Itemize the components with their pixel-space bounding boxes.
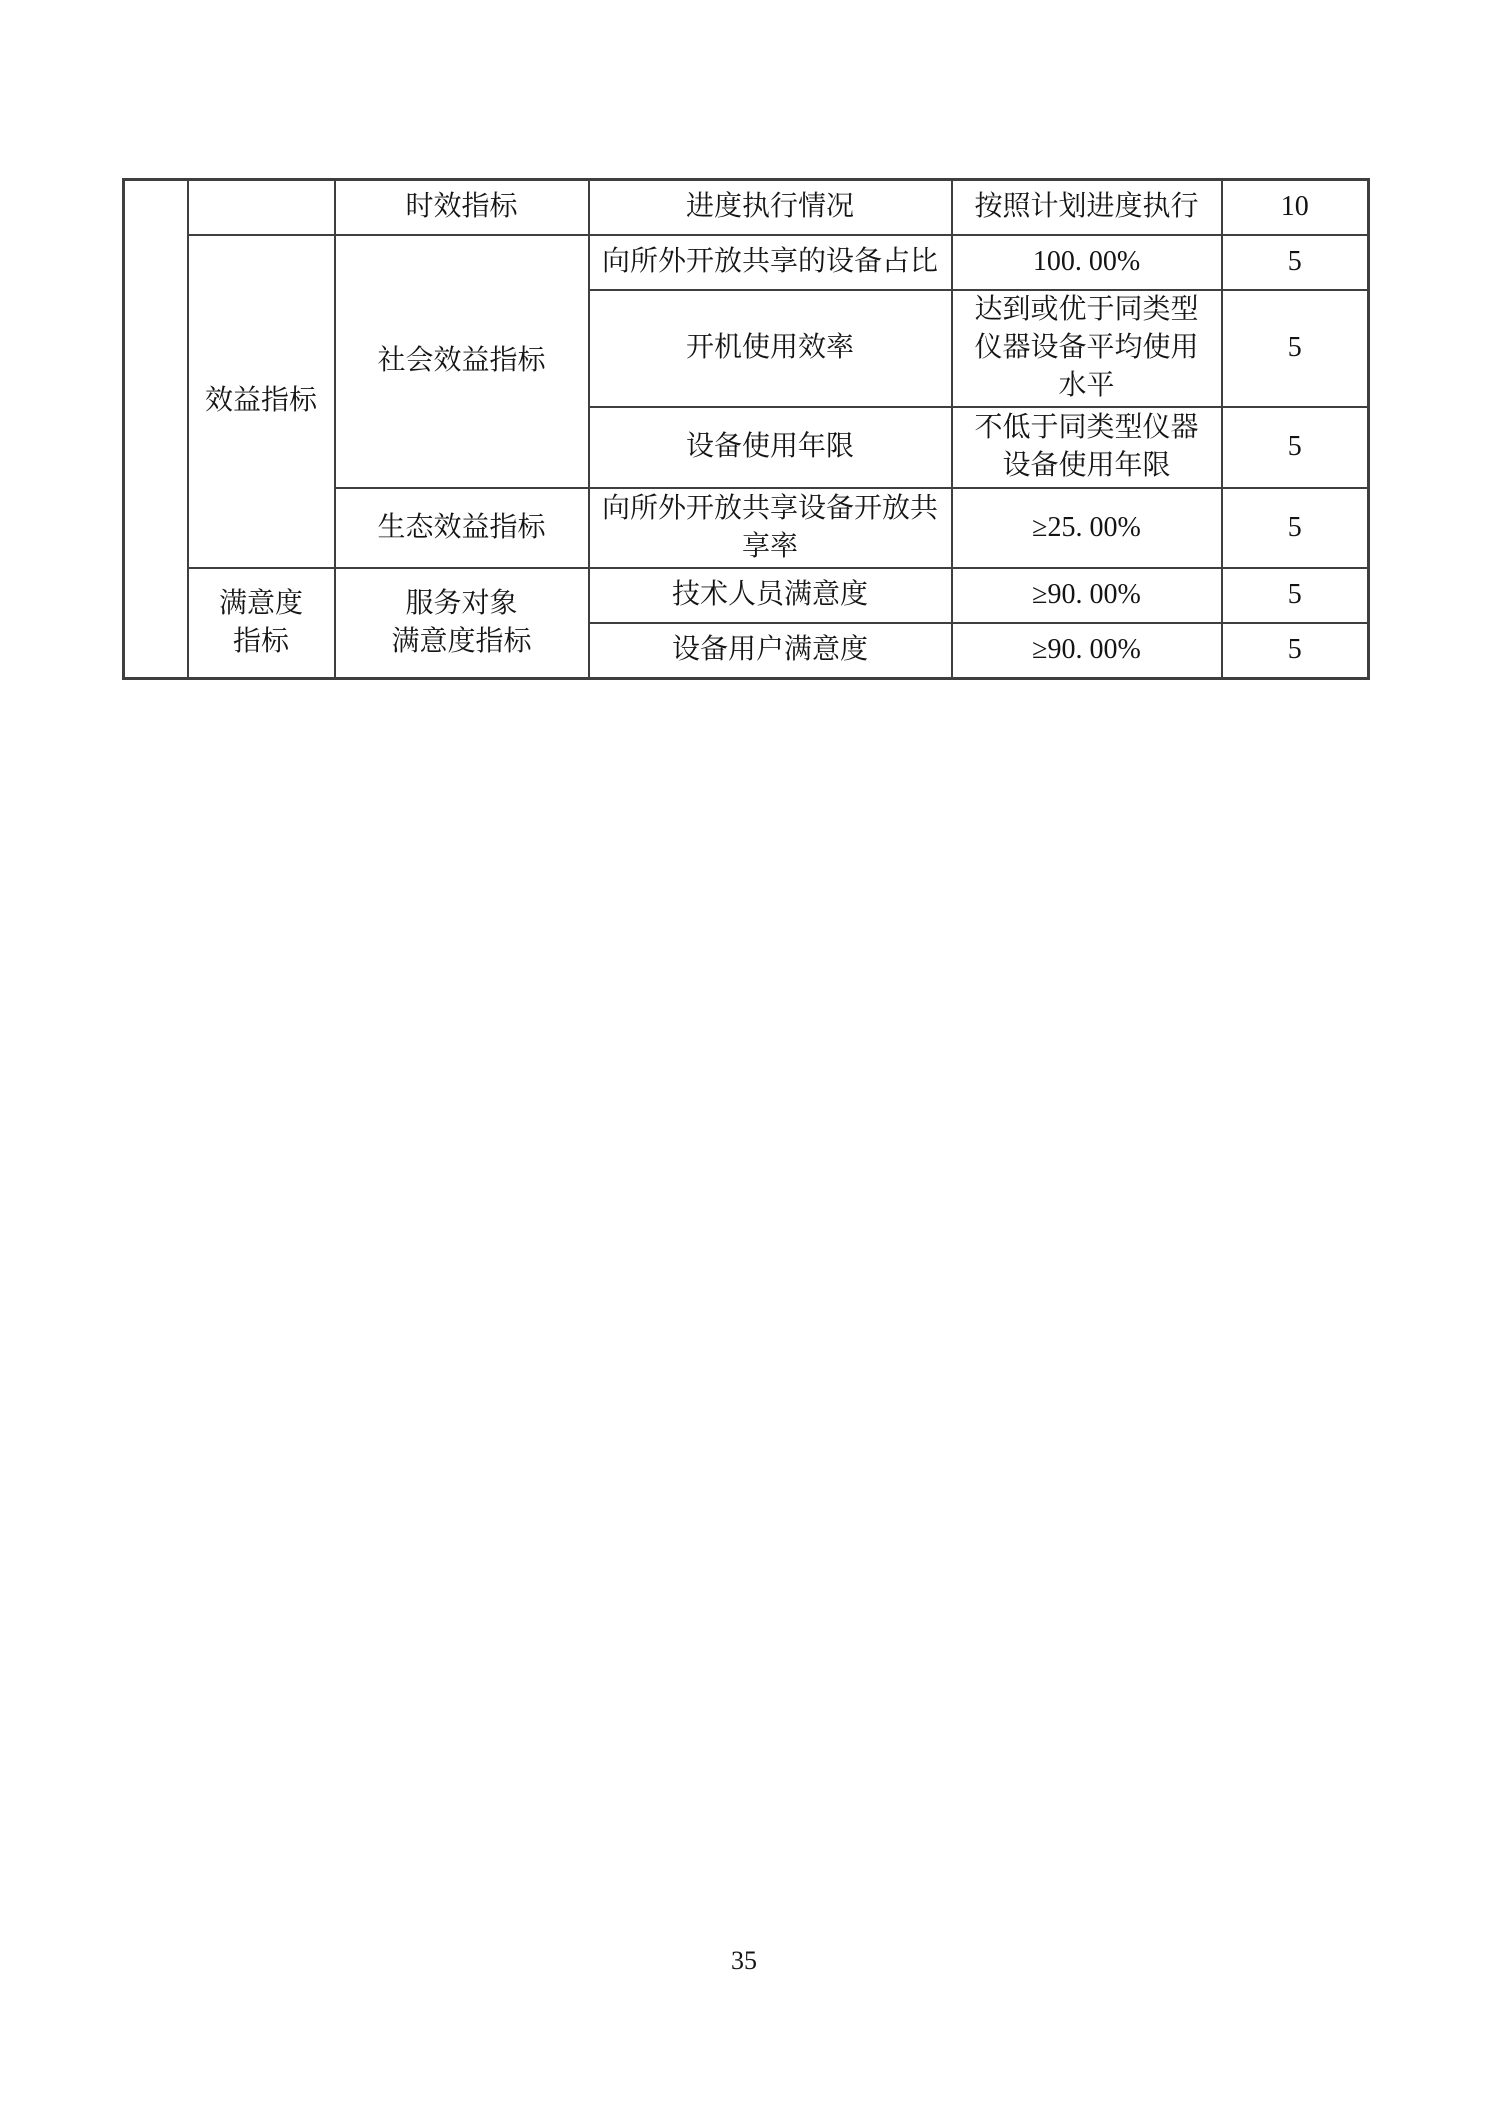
cell-category-timeliness: 时效指标 [335,180,589,235]
cell-value-r4: 不低于同类型仪器 设备使用年限 [952,407,1222,488]
cell-indicator-r4: 设备使用年限 [589,407,952,488]
cell-category-eco-benefit: 生态效益指标 [335,488,589,568]
cell-category-satisfaction: 满意度 指标 [188,568,335,679]
page-number: 35 [0,1946,1488,1976]
cell-empty-category [188,180,335,235]
cell-indicator-r6: 技术人员满意度 [589,568,952,623]
cell-score-r4: 5 [1222,407,1369,488]
cell-value-r1: 按照计划进度执行 [952,180,1222,235]
cell-score-r6: 5 [1222,568,1369,623]
cell-score-r7: 5 [1222,623,1369,679]
cell-indicator-r7: 设备用户满意度 [589,623,952,679]
table-row: 满意度 指标 服务对象 满意度指标 技术人员满意度 ≥90. 00% 5 [124,568,1369,623]
table-row: 时效指标 进度执行情况 按照计划进度执行 10 [124,180,1369,235]
cell-indicator-r3: 开机使用效率 [589,290,952,407]
performance-indicator-table: 时效指标 进度执行情况 按照计划进度执行 10 效益指标 社会效益指标 向所外开… [122,178,1370,680]
cell-indicator-r5: 向所外开放共享设备开放共 享率 [589,488,952,568]
cell-value-r2: 100. 00% [952,235,1222,290]
cell-empty-left-column [124,180,188,679]
table-row: 效益指标 社会效益指标 向所外开放共享的设备占比 100. 00% 5 [124,235,1369,290]
cell-value-r3: 达到或优于同类型 仪器设备平均使用 水平 [952,290,1222,407]
cell-score-r1: 10 [1222,180,1369,235]
cell-category-service-target: 服务对象 满意度指标 [335,568,589,679]
cell-value-r5: ≥25. 00% [952,488,1222,568]
cell-score-r2: 5 [1222,235,1369,290]
cell-indicator-r2: 向所外开放共享的设备占比 [589,235,952,290]
cell-category-social-benefit: 社会效益指标 [335,235,589,488]
cell-score-r3: 5 [1222,290,1369,407]
cell-score-r5: 5 [1222,488,1369,568]
cell-indicator-r1: 进度执行情况 [589,180,952,235]
cell-value-r6: ≥90. 00% [952,568,1222,623]
document-page: 时效指标 进度执行情况 按照计划进度执行 10 效益指标 社会效益指标 向所外开… [0,0,1488,2104]
cell-value-r7: ≥90. 00% [952,623,1222,679]
cell-category-benefit: 效益指标 [188,235,335,568]
